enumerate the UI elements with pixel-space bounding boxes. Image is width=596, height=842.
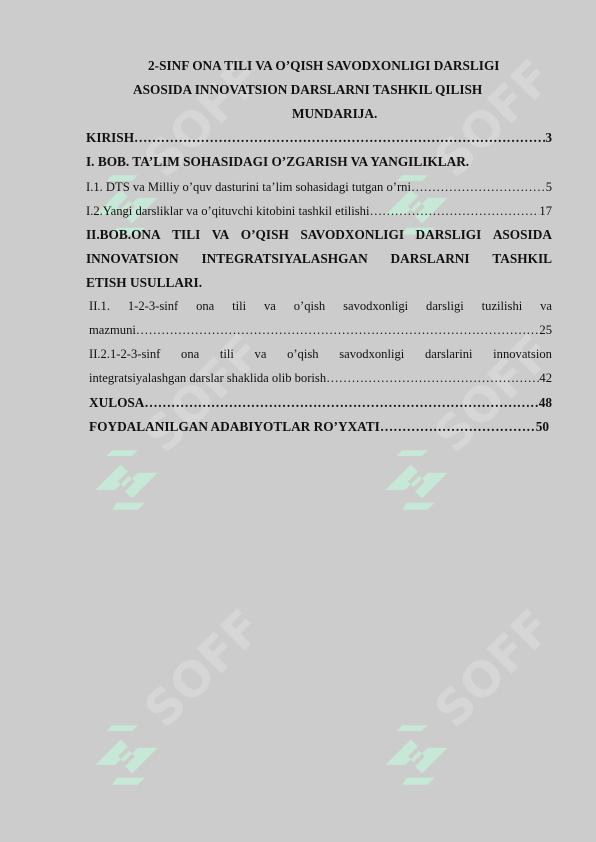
toc-dot-leader	[369, 203, 539, 219]
toc-entry-section-2-2-line-1[interactable]: II.2.1-2-3-sinfonatilivao’qishsavodxonli…	[89, 346, 552, 362]
toc-entry-section-2-1-line-2[interactable]: mazmuni 25	[89, 322, 552, 338]
word: DARSLIGI	[416, 227, 482, 243]
word: va	[540, 298, 552, 314]
word: ona	[181, 346, 199, 362]
toc-entry-section-2-1-line-1[interactable]: II.1.1-2-3-sinfonatilivao’qishsavodxonli…	[89, 298, 552, 314]
toc-page-number: 50	[536, 419, 549, 435]
document-title-line-2: ASOSIDA INNOVATSION DARSLARNI TASHKIL QI…	[133, 82, 482, 98]
word: va	[264, 298, 276, 314]
document-page: 2-SINF ONA TILI VA O’QISH SAVODXONLIGI D…	[0, 0, 596, 842]
word: ona	[196, 298, 214, 314]
toc-entry-label: mazmuni	[89, 322, 136, 338]
word: SAVODXONLIGI	[300, 227, 404, 243]
toc-dot-leader	[411, 179, 546, 195]
word: TASHKIL	[492, 251, 552, 267]
toc-entry-section-2-2-line-2[interactable]: integratsiyalashgan darslar shaklida oli…	[89, 370, 552, 386]
toc-page-number: 17	[539, 203, 552, 219]
word: INNOVATSION	[86, 251, 179, 267]
toc-dot-leader	[326, 370, 539, 386]
word: tili	[220, 346, 234, 362]
toc-entry-label: integratsiyalashgan darslar shaklida oli…	[89, 370, 326, 386]
word: TILI	[172, 227, 200, 243]
word: II.1.	[89, 298, 110, 314]
toc-entry-chapter-2-line-3[interactable]: ETISH USULLARI.	[86, 275, 202, 291]
word: va	[255, 346, 267, 362]
toc-entry-chapter-1[interactable]: I. BOB. TA’LIM SOHASIDAGI O’ZGARISH VA Y…	[86, 154, 469, 170]
word: ASOSIDA	[493, 227, 552, 243]
word: II.BOB.ONA	[86, 227, 161, 243]
toc-entry-references[interactable]: FOYDALANILGAN ADABIYOTLAR RO’YXATI 50	[89, 419, 549, 435]
toc-entry-chapter-2-line-1[interactable]: II.BOB.ONATILIVAO’QISHSAVODXONLIGIDARSLI…	[86, 227, 552, 243]
toc-page-number: 25	[539, 322, 552, 338]
toc-page-number: 5	[546, 179, 552, 195]
toc-entry-xulosa[interactable]: XULOSA 48	[89, 395, 552, 411]
toc-entry-label: I.2.Yangi darsliklar va o’qituvchi kitob…	[86, 203, 369, 219]
word: innovatsion	[493, 346, 552, 362]
toc-entry-chapter-2-line-2[interactable]: INNOVATSIONINTEGRATSIYALASHGANDARSLARNIT…	[86, 251, 552, 267]
toc-dot-leader	[144, 395, 538, 411]
word: savodxonligi	[339, 346, 404, 362]
word: 1-2-3-sinf	[128, 298, 178, 314]
word: tili	[232, 298, 246, 314]
toc-entry-label: I.1. DTS va Milliy o’quv dasturini ta’li…	[86, 179, 411, 195]
word: O’QISH	[241, 227, 289, 243]
word: VA	[212, 227, 230, 243]
toc-page-number: 42	[539, 370, 552, 386]
toc-entry-label: FOYDALANILGAN ADABIYOTLAR RO’YXATI	[89, 419, 380, 435]
word: o’qish	[287, 346, 318, 362]
toc-page-number: 48	[539, 395, 552, 411]
toc-page-number: 3	[545, 130, 552, 146]
toc-dot-leader	[136, 322, 540, 338]
toc-entry-section-1-2[interactable]: I.2.Yangi darsliklar va o’qituvchi kitob…	[86, 203, 552, 219]
toc-entry-label: KIRISH	[86, 130, 134, 146]
word: darslarini	[425, 346, 473, 362]
document-title-line-1: 2-SINF ONA TILI VA O’QISH SAVODXONLIGI D…	[148, 58, 499, 74]
toc-entry-label: XULOSA	[89, 395, 144, 411]
word: o’qish	[294, 298, 325, 314]
toc-entry-section-1-1[interactable]: I.1. DTS va Milliy o’quv dasturini ta’li…	[86, 179, 552, 195]
word: DARSLARNI	[391, 251, 470, 267]
toc-entry-kirish[interactable]: KIRISH 3	[86, 130, 552, 146]
toc-dot-leader	[380, 419, 536, 435]
word: II.2.1-2-3-sinf	[89, 346, 160, 362]
word: darsligi	[426, 298, 464, 314]
word: savodxonligi	[343, 298, 408, 314]
word: tuzilishi	[482, 298, 523, 314]
toc-dot-leader	[134, 130, 545, 146]
contents-heading: MUNDARIJA.	[292, 106, 377, 122]
word: INTEGRATSIYALASHGAN	[201, 251, 367, 267]
